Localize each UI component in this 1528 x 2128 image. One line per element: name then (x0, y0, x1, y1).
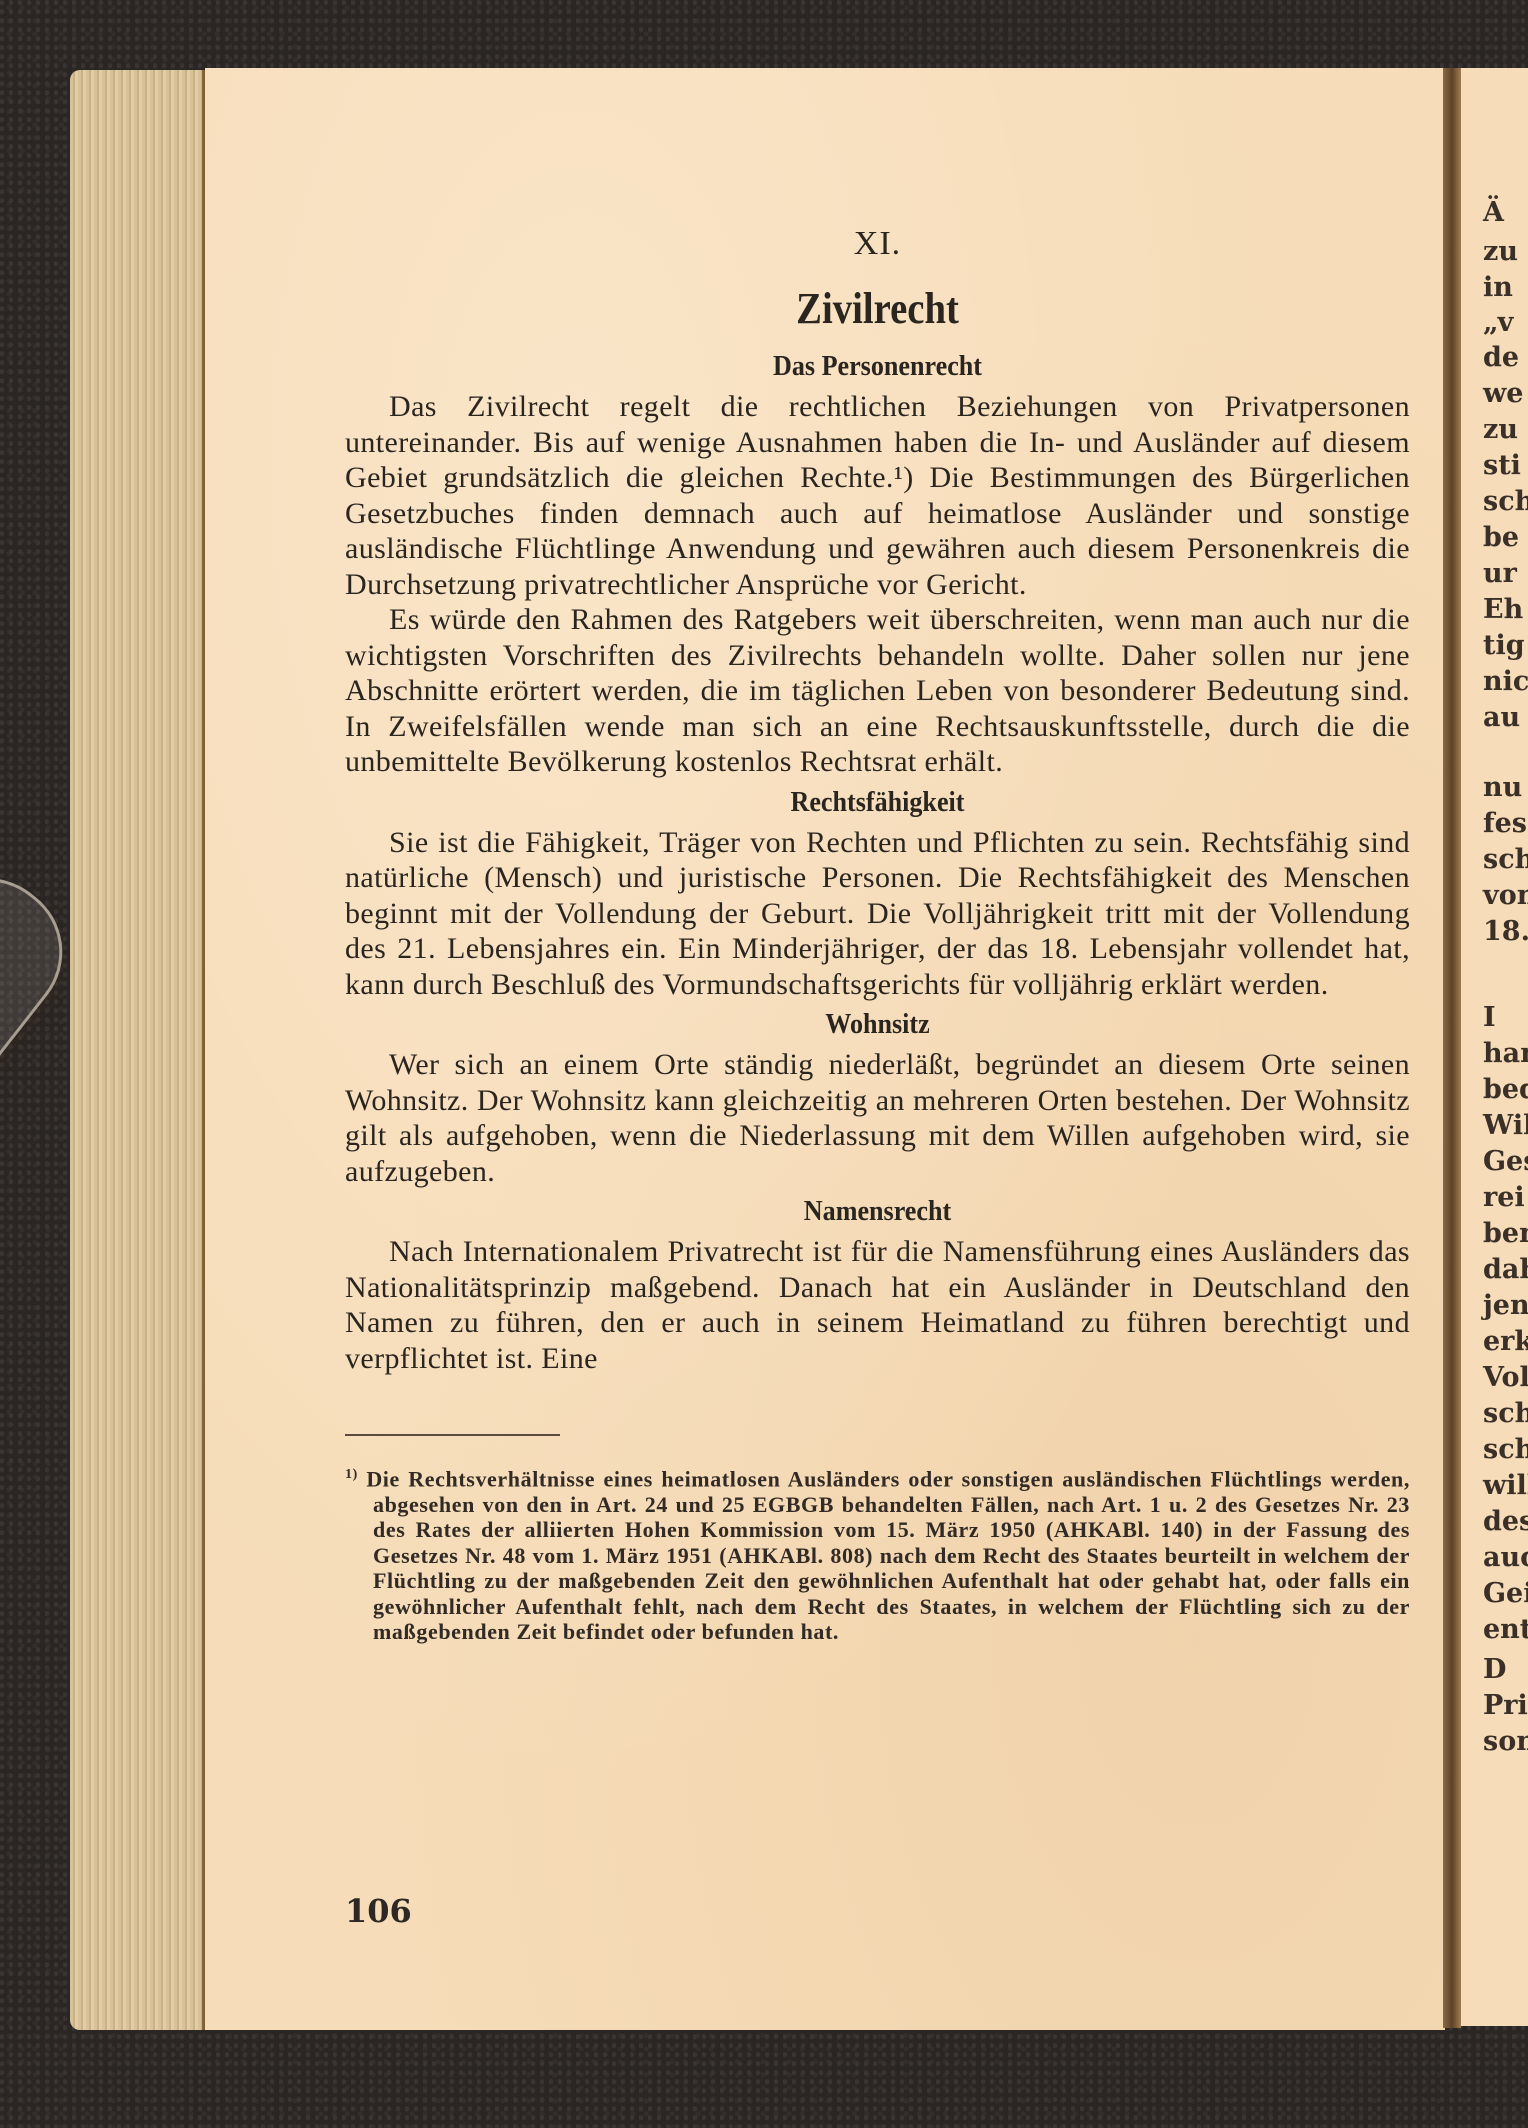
adjacent-page-fragment: sch (1483, 486, 1528, 517)
page-edges (70, 70, 210, 2030)
footnote-text: Die Rechtsverhältnisse eines heimatlosen… (366, 1466, 1410, 1644)
adjacent-page-fragment: tig (1483, 630, 1525, 661)
adjacent-page-fragment: zu (1483, 414, 1518, 445)
section-heading: Wohnsitz (398, 1008, 1357, 1041)
adjacent-page-fragment: von (1483, 880, 1528, 911)
section-heading: Namensrecht (398, 1195, 1357, 1228)
footnote-divider (345, 1434, 560, 1436)
adjacent-page-fragment: we (1483, 378, 1523, 409)
page-number: 106 (345, 1892, 412, 1930)
adjacent-page-fragment: Pri (1483, 1690, 1528, 1721)
adjacent-page-fragment: ben (1483, 1218, 1528, 1249)
adjacent-page-fragment: dah (1483, 1254, 1528, 1285)
adjacent-page-fragment: au (1483, 702, 1520, 733)
section-heading: Das Personenrecht (398, 350, 1357, 383)
adjacent-page-fragment: bed (1483, 1074, 1528, 1105)
adjacent-page-fragment: sch (1483, 1398, 1528, 1429)
adjacent-page-fragment: Gei (1483, 1578, 1528, 1609)
chapter-title: Zivilrecht (409, 283, 1346, 334)
paragraph: Wer sich an einem Orte ständig niederläß… (345, 1047, 1410, 1189)
section-rechtsfaehigkeit: Rechtsfähigkeit Sie ist die Fähigkeit, T… (345, 786, 1410, 1003)
adjacent-page-fragment: Wil (1483, 1110, 1528, 1141)
section-heading: Rechtsfähigkeit (398, 786, 1357, 819)
adjacent-page-fragment: in (1483, 272, 1513, 303)
adjacent-page-fragment: Ä (1483, 197, 1504, 228)
adjacent-page-fragment: „v (1483, 307, 1513, 338)
adjacent-page-fragment: I (1483, 1002, 1496, 1033)
paragraph: Sie ist die Fähigkeit, Träger von Rechte… (345, 825, 1410, 1003)
footnote: 1) Die Rechtsverhältnisse eines heimatlo… (345, 1462, 1410, 1645)
adjacent-page-fragment: sti (1483, 450, 1521, 481)
adjacent-page-fragment: ent (1483, 1614, 1528, 1645)
adjacent-page-fragment: sch (1483, 844, 1528, 875)
adjacent-page-fragment: des (1483, 1506, 1528, 1537)
adjacent-page-fragment: be (1483, 522, 1519, 553)
section-personenrecht: Das Personenrecht Das Zivilrecht regelt … (345, 350, 1410, 780)
section-wohnsitz: Wohnsitz Wer sich an einem Orte ständig … (345, 1008, 1410, 1189)
adjacent-page-fragment: nu (1483, 772, 1522, 803)
footnote-marker: 1) (345, 1467, 358, 1482)
adjacent-page-fragment: son (1483, 1726, 1528, 1757)
adjacent-page-fragment: fes (1483, 808, 1527, 839)
adjacent-page-fragment: de (1483, 342, 1519, 373)
adjacent-page-fragment: Vol (1483, 1362, 1528, 1393)
adjacent-page-fragment: will (1483, 1470, 1528, 1501)
adjacent-page-fragment: Ges (1483, 1146, 1528, 1177)
adjacent-page-fragment: 18. (1483, 916, 1528, 947)
adjacent-page-fragment: nic (1483, 666, 1528, 697)
book-gutter (1443, 68, 1461, 2028)
adjacent-page-fragment: erk (1483, 1326, 1528, 1357)
adjacent-page-fragment: D (1483, 1654, 1506, 1685)
chapter-number: XI. (345, 225, 1410, 263)
adjacent-page-fragment: auc (1483, 1542, 1528, 1573)
paragraph: Das Zivilrecht regelt die rechtlichen Be… (345, 389, 1410, 602)
adjacent-page-fragment: rei (1483, 1182, 1525, 1213)
adjacent-page-fragment: zu (1483, 236, 1518, 267)
paragraph: Es würde den Rahmen des Ratgebers weit ü… (345, 602, 1410, 780)
adjacent-page-fragment: ur (1483, 558, 1517, 589)
page-content: XI. Zivilrecht Das Personenrecht Das Ziv… (345, 225, 1410, 1645)
section-namensrecht: Namensrecht Nach Internationalem Privatr… (345, 1195, 1410, 1376)
adjacent-page-fragment: schr (1483, 1434, 1528, 1465)
adjacent-page: Äzuin„vdewezustischbeurEhtignicaunufessc… (1461, 68, 1528, 2026)
adjacent-page-fragment: Eh (1483, 594, 1523, 625)
adjacent-page-fragment: jen (1483, 1290, 1528, 1321)
paragraph: Nach Internationalem Privatrecht ist für… (345, 1234, 1410, 1376)
adjacent-page-fragment: han (1483, 1038, 1528, 1069)
